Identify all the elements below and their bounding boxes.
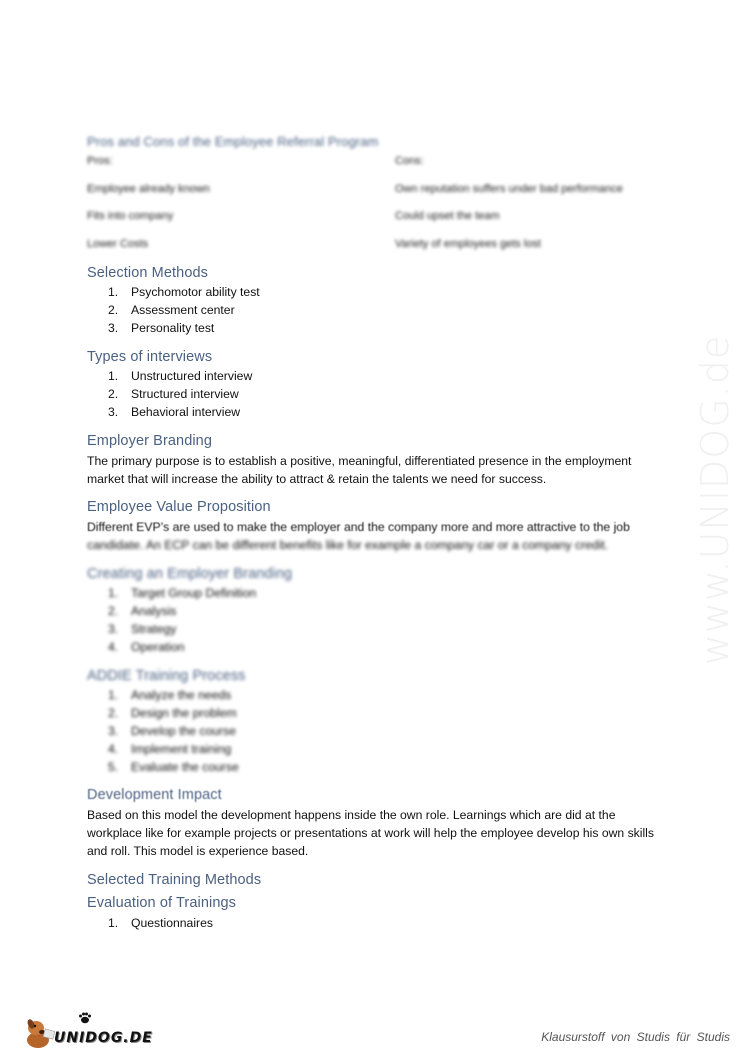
pros-cons-heading: Pros and Cons of the Employee Referral P… [87,134,378,149]
section-heading-creating-branding: Creating an Employer Branding [87,566,292,582]
cons-header: Cons: [395,155,424,167]
list-item: 4.Operation [108,640,185,654]
evp-text-line2: candidate. An ECP can be different benef… [87,536,608,554]
pro-item: Employee already known [87,183,210,195]
unidog-logo[interactable]: UNIDOG.DE [22,1012,152,1052]
pro-item: Lower Costs [87,238,148,250]
list-item: 1.Target Group Definition [108,586,256,600]
section-heading-development-impact: Development Impact [87,787,222,803]
list-item: 1.Unstructured interview [108,369,252,383]
con-item: Could upset the team [395,210,500,222]
list-item: 1.Analyze the needs [108,688,231,702]
list-item: 5.Evaluate the course [108,760,239,774]
section-heading-employer-branding: Employer Branding [87,433,212,449]
list-item: 1.Psychomotor ability test [108,285,260,299]
footer-tagline: Klausurstoff von Studis für Studis [541,1030,730,1044]
pros-header: Pros: [87,155,113,167]
list-item: 2.Assessment center [108,303,235,317]
pro-item: Fits into company [87,210,173,222]
list-item: 4.Implement training [108,742,231,756]
section-heading-types-of-interviews: Types of interviews [87,349,212,365]
watermark: www.UNIDOG.de [693,335,737,665]
employer-branding-text: The primary purpose is to establish a po… [87,452,667,488]
list-item: 2.Design the problem [108,706,237,720]
section-heading-selection-methods: Selection Methods [87,265,208,281]
dog-mascot-icon [22,1014,58,1050]
logo-text: UNIDOG.DE [54,1030,153,1046]
paw-icon [78,1012,92,1024]
section-heading-evaluation: Evaluation of Trainings [87,895,236,911]
con-item: Own reputation suffers under bad perform… [395,183,623,195]
con-item: Variety of employees gets lost [395,238,541,250]
list-item: 3.Personality test [108,321,214,335]
list-item: 3.Behavioral interview [108,405,240,419]
list-item: 2.Structured interview [108,387,239,401]
list-item: 3.Strategy [108,622,176,636]
evp-text-line1: Different EVP’s are used to make the emp… [87,518,630,536]
section-heading-addie: ADDIE Training Process [87,668,246,684]
list-item: 2.Analysis [108,604,176,618]
list-item: 1.Questionnaires [108,916,213,930]
document-page: www.UNIDOG.de Pros and Cons of the Emplo… [0,0,750,1060]
development-impact-text: Based on this model the development happ… [87,806,667,860]
section-heading-selected-training: Selected Training Methods [87,872,261,888]
list-item: 3.Develop the course [108,724,236,738]
section-heading-evp: Employee Value Proposition [87,499,271,515]
